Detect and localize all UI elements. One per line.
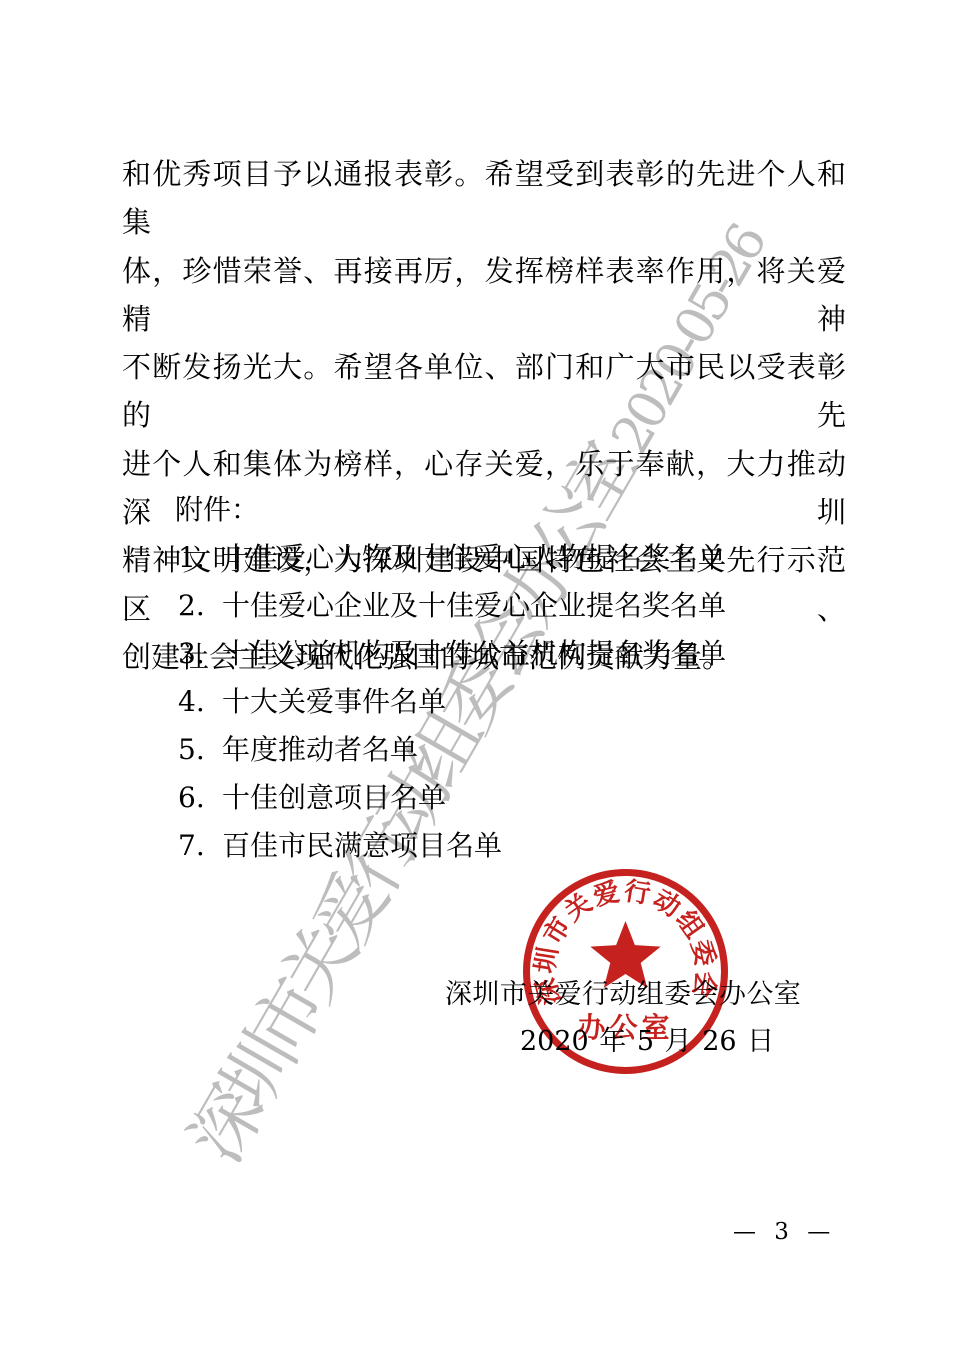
attachment-item-2: 2.十佳爱心企业及十佳爱心企业提名奖名单 [178, 582, 726, 630]
attachment-item-1: 1.十佳爱心人物及十佳爱心人物提名奖名单 [178, 534, 726, 582]
attachment-number: 4. [178, 678, 222, 726]
attachments-label: 附件： [175, 493, 259, 527]
attachment-item-5: 5.年度推动者名单 [178, 726, 726, 774]
attachment-item-3: 3.十佳公益机构及十佳公益机构提名奖名单 [178, 630, 726, 678]
attachment-number: 2. [178, 582, 222, 630]
attachment-title: 百佳市民满意项目名单 [222, 829, 502, 862]
attachment-title: 十佳爱心人物及十佳爱心人物提名奖名单 [222, 541, 726, 574]
attachment-title: 十佳公益机构及十佳公益机构提名奖名单 [222, 637, 726, 670]
seal-star-icon [590, 921, 660, 988]
attachment-number: 6. [178, 774, 222, 822]
attachment-number: 5. [178, 726, 222, 774]
signature-org: 深圳市关爱行动组委会办公室 [445, 979, 801, 1011]
signature-date: 2020 年 5 月 26 日 [520, 1026, 774, 1058]
attachment-title: 十佳爱心企业及十佳爱心企业提名奖名单 [222, 589, 726, 622]
attachment-item-4: 4.十大关爱事件名单 [178, 678, 726, 726]
page-number: — 3 — [733, 1219, 831, 1245]
attachment-title: 十大关爱事件名单 [222, 685, 446, 718]
attachment-title: 年度推动者名单 [222, 733, 418, 766]
document-page: 深圳市关爱行动组委会办公室2020-05-26 深圳市关爱行动组委会 办公室 和… [0, 0, 968, 1369]
attachment-number: 3. [178, 630, 222, 678]
paragraph-line-3: 不断发扬光大。希望各单位、部门和广大市民以受表彰的先 [122, 343, 846, 440]
attachment-title: 十佳创意项目名单 [222, 781, 446, 814]
attachment-number: 7. [178, 822, 222, 870]
attachment-item-7: 7.百佳市民满意项目名单 [178, 822, 726, 870]
attachments-list: 1.十佳爱心人物及十佳爱心人物提名奖名单 2.十佳爱心企业及十佳爱心企业提名奖名… [178, 534, 726, 870]
attachment-number: 1. [178, 534, 222, 582]
paragraph-line-2: 体，珍惜荣誉、再接再厉，发挥榜样表率作用，将关爱精神 [122, 247, 846, 344]
paragraph-line-1: 和优秀项目予以通报表彰。希望受到表彰的先进个人和集 [122, 150, 846, 247]
attachment-item-6: 6.十佳创意项目名单 [178, 774, 726, 822]
